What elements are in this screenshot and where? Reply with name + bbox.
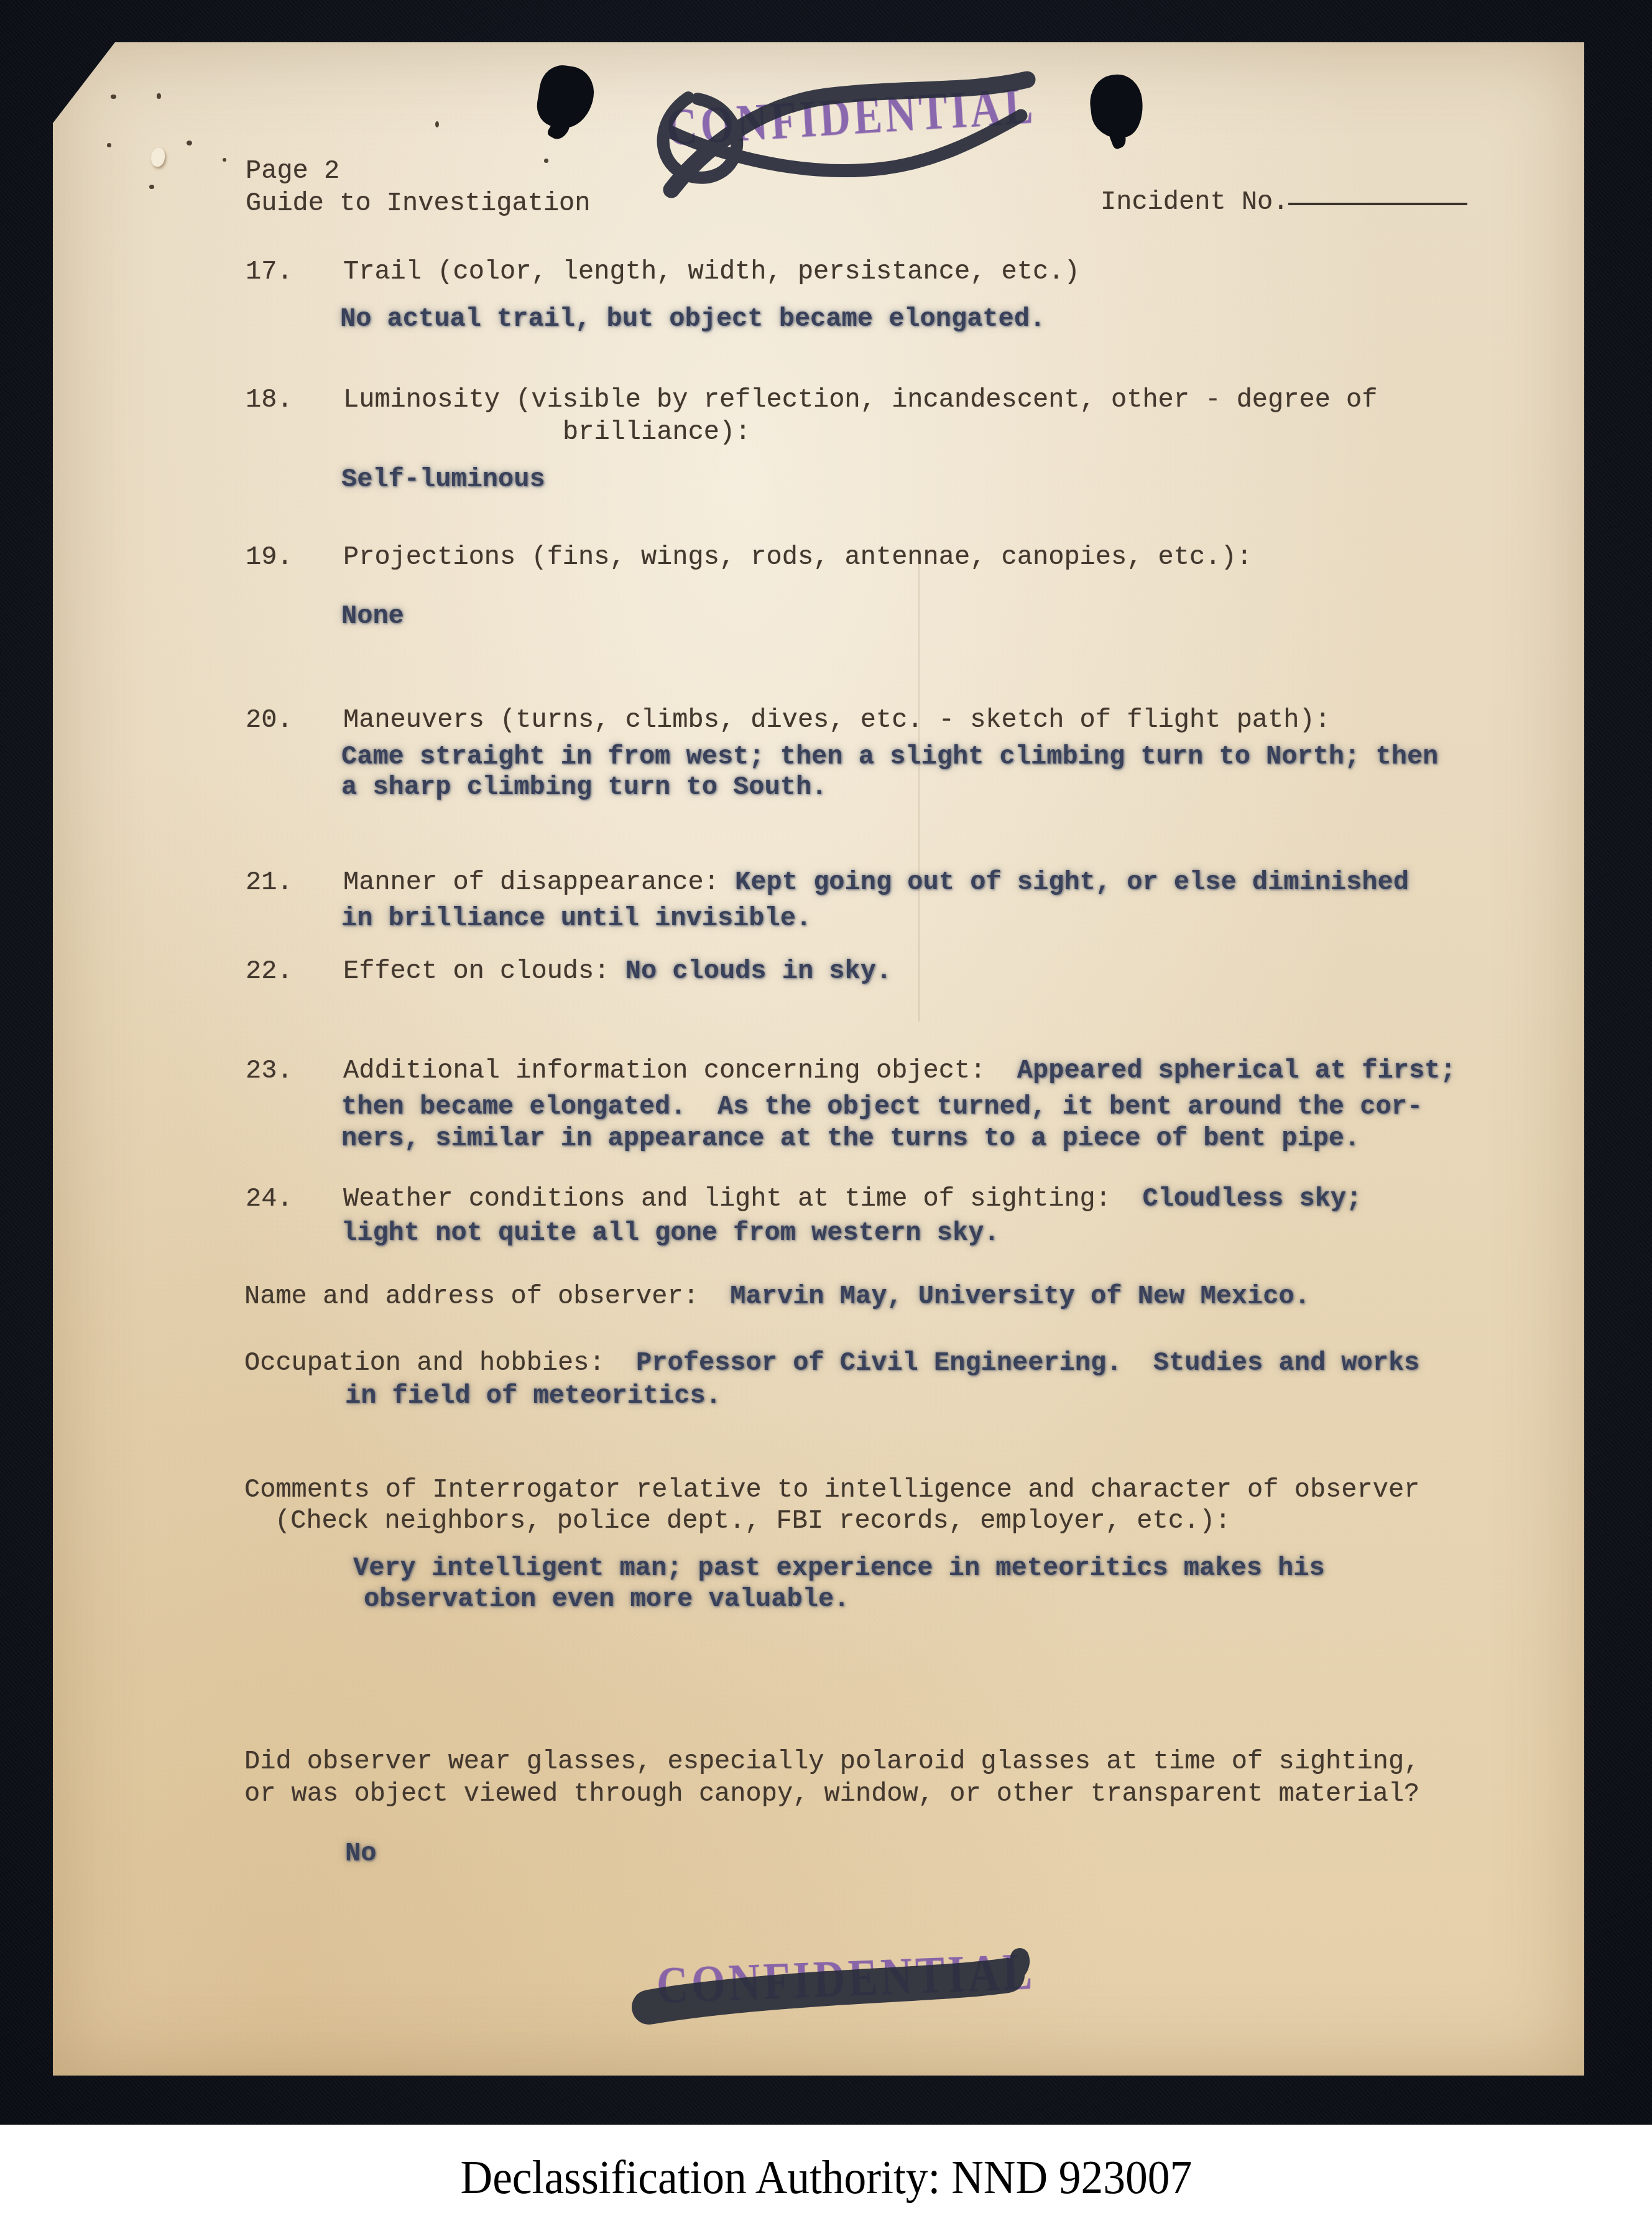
item-24-line: 24.Weather conditions and light at time … — [246, 1183, 1362, 1214]
item-20-answer-line1: Came straight in from west; then a sligh… — [341, 741, 1438, 772]
item-17-number: 17. — [246, 256, 343, 287]
incident-number-line: Incident No. — [1101, 187, 1467, 218]
observer-name-label: Name and address of observer: — [244, 1282, 730, 1311]
interrogator-comments-line1: Comments of Interrogator relative to int… — [244, 1474, 1419, 1505]
item-20-question-text: Maneuvers (turns, climbs, dives, etc. - … — [343, 705, 1331, 735]
interrogator-answer-line1: Very intelligent man; past experience in… — [353, 1553, 1325, 1584]
glasses-answer: No — [345, 1838, 376, 1869]
paper-speck — [187, 141, 192, 145]
paper-crease — [918, 561, 920, 1022]
occupation-label: Occupation and hobbies: — [244, 1348, 636, 1378]
item-19-answer: None — [341, 601, 404, 632]
paper-speck — [435, 121, 439, 127]
item-18-question-line2: brilliance): — [563, 417, 750, 448]
item-24-number: 24. — [246, 1183, 343, 1214]
item-21-answer-line2: in brilliance until invisible. — [341, 903, 811, 934]
glasses-question-line1: Did observer wear glasses, especially po… — [244, 1746, 1419, 1777]
item-20-question: 20.Maneuvers (turns, climbs, dives, etc.… — [246, 704, 1331, 736]
item-18-answer: Self-luminous — [341, 464, 545, 495]
paper-speck — [157, 93, 161, 99]
item-23-answer-inline: Appeared spherical at first; — [1017, 1056, 1456, 1086]
item-24-answer-line2: light not quite all gone from western sk… — [341, 1217, 1000, 1249]
item-23-answer-line2: then became elongated. As the object tur… — [341, 1091, 1423, 1122]
item-18-number: 18. — [246, 384, 343, 415]
scanned-document: CONFIDENTIAL CONFIDENTIAL Page 2 Guide t… — [0, 0, 1652, 2231]
item-21-number: 21. — [246, 867, 343, 898]
paper-speck — [149, 185, 154, 189]
paper-torn-spot — [151, 148, 165, 167]
item-21-question-text: Manner of disappearance: — [343, 867, 735, 897]
paper-speck — [107, 143, 111, 147]
occupation-line: Occupation and hobbies: Professor of Civ… — [244, 1347, 1419, 1379]
caption-band: Declassification Authority: NND 923007 — [0, 2125, 1652, 2231]
item-23-answer-line3: ners, similar in appearance at the turns… — [341, 1123, 1360, 1154]
paper-speck — [544, 159, 548, 163]
declassification-caption: Declassification Authority: NND 923007 — [460, 2151, 1192, 2205]
observer-name-value: Marvin May, University of New Mexico. — [730, 1282, 1310, 1311]
observer-name-line: Name and address of observer: Marvin May… — [244, 1281, 1310, 1312]
page-label: Page 2 — [246, 155, 339, 187]
item-17-answer: No actual trail, but object became elong… — [340, 303, 1045, 335]
item-24-answer-inline: Cloudless sky; — [1142, 1184, 1362, 1214]
item-21-line: 21.Manner of disappearance: Kept going o… — [246, 867, 1409, 898]
glasses-question-line2: or was object viewed through canopy, win… — [244, 1778, 1419, 1809]
item-19-question: 19.Projections (fins, wings, rods, anten… — [246, 542, 1252, 573]
item-19-question-text: Projections (fins, wings, rods, antennae… — [343, 542, 1252, 572]
item-21-answer-inline: Kept going out of sight, or else diminis… — [735, 867, 1409, 897]
item-22-answer-inline: No clouds in sky. — [625, 956, 892, 986]
paper-speck — [111, 95, 116, 99]
item-19-number: 19. — [246, 542, 343, 573]
item-22-number: 22. — [246, 956, 343, 987]
item-17-question: 17.Trail (color, length, width, persista… — [246, 256, 1080, 287]
interrogator-comments-line2: (Check neighbors, police dept., FBI reco… — [275, 1505, 1230, 1536]
item-23-question-text: Additional information concerning object… — [343, 1056, 1017, 1086]
incident-number-blank — [1288, 203, 1467, 205]
doc-title: Guide to Investigation — [246, 188, 591, 219]
item-22-line: 22.Effect on clouds: No clouds in sky. — [246, 956, 892, 987]
item-18-question: 18.Luminosity (visible by reflection, in… — [246, 384, 1377, 415]
item-20-number: 20. — [246, 704, 343, 736]
interrogator-answer-line2: observation even more valuable. — [364, 1584, 849, 1615]
item-18-question-text: Luminosity (visible by reflection, incan… — [343, 385, 1377, 415]
paper-speck — [223, 158, 226, 162]
item-20-answer-line2: a sharp climbing turn to South. — [341, 772, 827, 803]
item-23-number: 23. — [246, 1055, 343, 1086]
occupation-value: Professor of Civil Engineering. Studies … — [636, 1348, 1419, 1378]
item-24-question-text: Weather conditions and light at time of … — [343, 1184, 1142, 1214]
item-22-question-text: Effect on clouds: — [343, 956, 625, 986]
incident-label: Incident No. — [1101, 187, 1288, 217]
item-17-question-text: Trail (color, length, width, persistance… — [343, 257, 1080, 287]
item-23-line: 23.Additional information concerning obj… — [246, 1055, 1456, 1086]
occupation-value-line2: in field of meteoritics. — [345, 1380, 721, 1411]
